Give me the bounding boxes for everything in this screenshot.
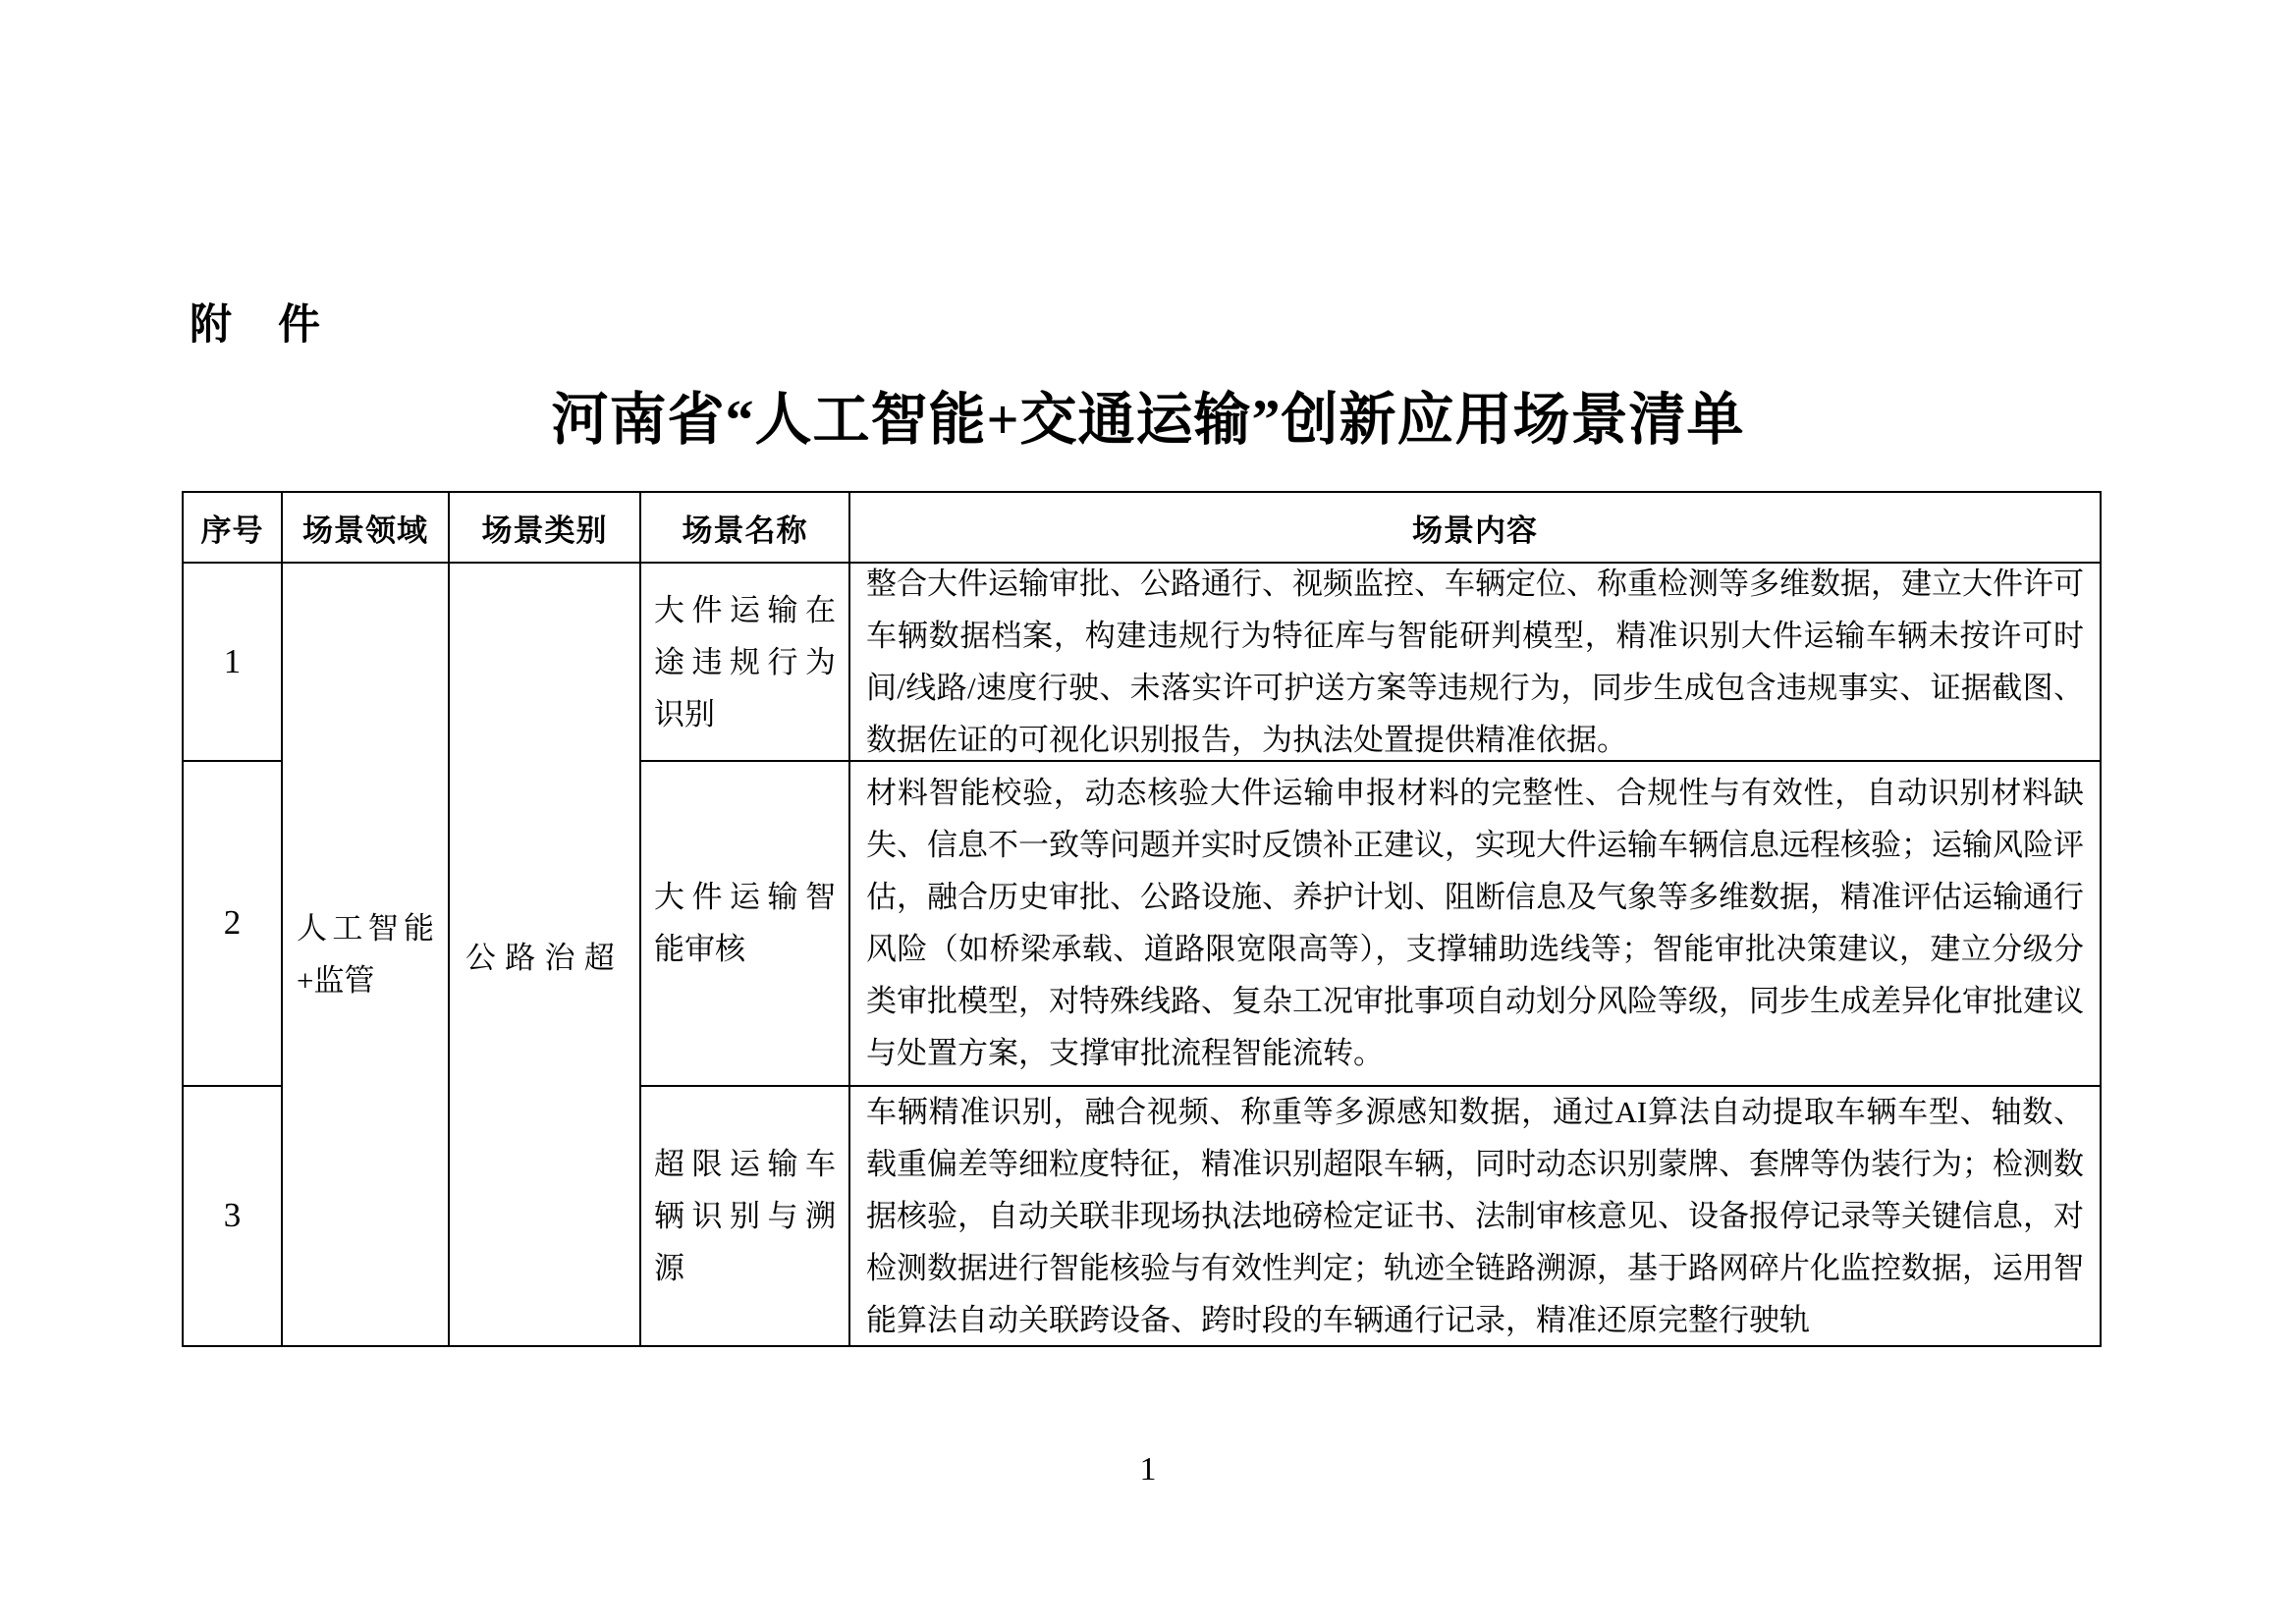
header-scene-name: 场景名称 (640, 492, 849, 563)
scene-content-cell-2: 材料智能校验，动态核验大件运输申报材料的完整性、合规性与有效性，自动识别材料缺失… (849, 761, 2101, 1086)
scene-name-text-2: 大件运输智能审核 (641, 871, 848, 975)
scene-content-text-2: 材料智能校验，动态核验大件运输申报材料的完整性、合规性与有效性，自动识别材料缺失… (850, 767, 2100, 1079)
scene-name-text-3: 超限运输车辆识别与溯源 (641, 1138, 848, 1294)
serial-cell-3: 3 (183, 1086, 282, 1346)
scene-content-cell-1: 整合大件运输审批、公路通行、视频监控、车辆定位、称重检测等多维数据，建立大件许可… (849, 563, 2101, 761)
scene-category-cell: 公路治超 (449, 563, 640, 1346)
scene-table: 序号 场景领域 场景类别 场景名称 场景内容 1 人工智能+监管 公路治超 大件… (182, 491, 2102, 1347)
serial-cell-2: 2 (183, 761, 282, 1086)
header-serial-number: 序号 (183, 492, 282, 563)
scene-field-cell: 人工智能+监管 (282, 563, 449, 1346)
scene-content-text-1: 整合大件运输审批、公路通行、视频监控、车辆定位、称重检测等多维数据，建立大件许可… (850, 565, 2100, 760)
page-number: 1 (0, 1451, 2296, 1488)
header-scene-category: 场景类别 (449, 492, 640, 563)
scene-content-text-3: 车辆精准识别，融合视频、称重等多源感知数据，通过AI算法自动提取车辆车型、轴数、… (850, 1087, 2100, 1344)
scene-content-cell-3: 车辆精准识别，融合视频、称重等多源感知数据，通过AI算法自动提取车辆车型、轴数、… (849, 1086, 2101, 1346)
header-scene-field: 场景领域 (282, 492, 449, 563)
scene-name-cell-2: 大件运输智能审核 (640, 761, 849, 1086)
table-row-1: 1 人工智能+监管 公路治超 大件运输在途违规行为识别 整合大件运输审批、公路通… (183, 563, 2101, 761)
document-page: 附 件 河南省“人工智能+交通运输”创新应用场景清单 序号 场景领域 场景类别 … (0, 0, 2296, 1623)
scene-name-cell-3: 超限运输车辆识别与溯源 (640, 1086, 849, 1346)
header-scene-content: 场景内容 (849, 492, 2101, 563)
document-title: 河南省“人工智能+交通运输”创新应用场景清单 (0, 373, 2296, 456)
scene-name-cell-1: 大件运输在途违规行为识别 (640, 563, 849, 761)
attachment-label: 附 件 (190, 292, 322, 352)
scene-name-text-1: 大件运输在途违规行为识别 (641, 584, 848, 740)
table-header-row: 序号 场景领域 场景类别 场景名称 场景内容 (183, 492, 2101, 563)
scene-field-text: 人工智能+监管 (297, 902, 434, 1006)
serial-cell-1: 1 (183, 563, 282, 761)
